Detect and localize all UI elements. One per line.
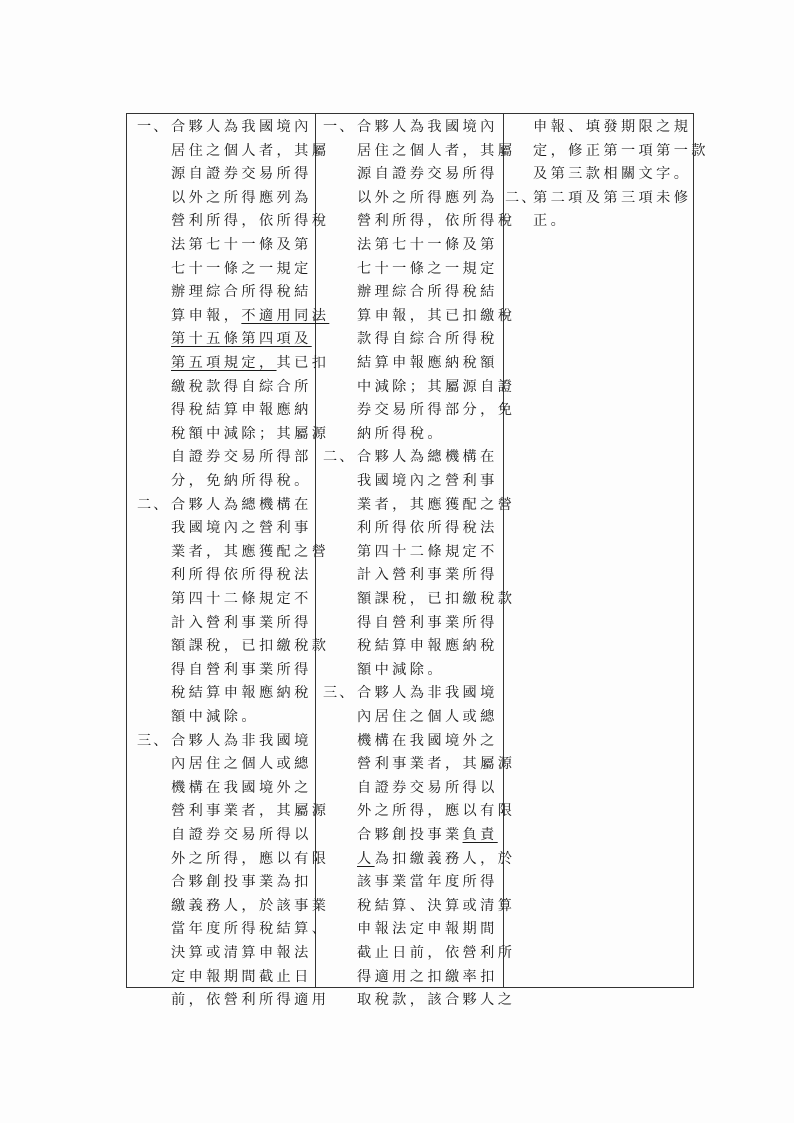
clause-number: 三、 [137,730,169,754]
text-line: 稅結算、決算或清算 [357,895,515,919]
text-segment: 七十一條之一規定 [357,261,498,277]
clause-number: 二、 [323,446,355,470]
text-line: 合夥人為非我國境 [357,682,498,706]
text-line: 稅額中減除；其屬源 [171,423,329,447]
text-line: 算申報，其已扣繳稅 [357,305,515,329]
text-line: 算申報，不適用同法 [171,305,329,329]
text-segment: 定，修正第一項第一款 [533,143,709,159]
text-segment: 額中減除。 [171,709,259,725]
text-line: 以外之所得應列為 [171,187,312,211]
text-line: 計入營利事業所得 [357,564,498,588]
text-segment: 我國境內之營利事 [357,473,498,489]
text-line: 截止日前，依營利所 [357,942,515,966]
text-segment: 源自證券交易所得 [171,166,312,182]
text-segment: 自證券交易所得以 [171,827,312,843]
text-segment: 法第七十一條及第 [357,237,498,253]
amended-underline-text: 第五項規定， [171,355,277,371]
text-segment: 為扣繳義務人，於 [375,851,516,867]
text-segment: 額課稅，已扣繳稅款 [357,591,515,607]
text-line: 利所得依所得稅法 [357,517,498,541]
text-line: 額中減除。 [357,659,445,683]
text-line: 第五項規定，其已扣 [171,352,329,376]
text-line: 申報法定申報期間 [357,918,498,942]
text-line: 利所得依所得稅法 [171,564,312,588]
explanation-column: 申報、填發期限之規定，修正第一項第一款及第三款相關文字。二、第二項及第三項未修正… [503,114,693,987]
text-line: 內居住之個人或總 [357,706,498,730]
text-line: 定申報期間截止日 [171,966,312,990]
text-segment: 算申報，其已扣繳稅 [357,308,515,324]
text-line: 繳義務人，於該事業 [171,895,329,919]
text-segment: 申報、填發期限之規 [533,119,691,135]
text-line: 自證券交易所得部 [171,446,312,470]
text-line: 額課稅，已扣繳稅款 [171,635,329,659]
text-segment: 居住之個人者，其屬 [171,143,329,159]
text-segment: 前，依營利所得適用 [171,992,329,1008]
text-segment: 機構在我國境外之 [357,733,498,749]
text-line: 以外之所得應列為 [357,187,498,211]
text-segment: 自證券交易所得部 [171,449,312,465]
text-segment: 繳稅款得自綜合所 [171,379,312,395]
text-segment: 得自營利事業所得 [171,662,312,678]
text-segment: 七十一條之一規定 [171,261,312,277]
text-line: 內居住之個人或總 [171,753,312,777]
text-line: 稅結算申報應納稅 [171,682,312,706]
text-segment: 申報法定申報期間 [357,921,498,937]
amended-underline-text: 第十五條第四項及 [171,331,312,347]
text-segment: 辦理綜合所得稅結 [357,284,498,300]
text-segment: 額中減除。 [357,662,445,678]
text-segment: 得自營利事業所得 [357,615,498,631]
clause-number: 一、 [137,116,169,140]
text-segment: 合夥人為我國境內 [357,119,498,135]
text-segment: 營利事業者，其屬源 [357,756,515,772]
text-line: 券交易所得部分，免 [357,399,515,423]
text-line: 正。 [533,210,568,234]
text-line: 營利所得，依所得稅 [171,210,329,234]
text-line: 該事業當年度所得 [357,871,498,895]
current-text-column: 一、合夥人為我國境內居住之個人者，其屬源自證券交易所得以外之所得應列為營利所得，… [315,114,503,987]
text-segment: 該事業當年度所得 [357,874,498,890]
text-line: 營利事業者，其屬源 [171,800,329,824]
text-line: 合夥人為我國境內 [357,116,498,140]
text-segment: 第二項及第三項未修 [533,190,691,206]
text-segment: 法第七十一條及第 [171,237,312,253]
text-line: 額課稅，已扣繳稅款 [357,588,515,612]
text-line: 中減除；其屬源自證 [357,376,515,400]
text-line: 分，免納所得稅。 [171,470,312,494]
text-segment: 業者，其應獲配之營 [357,497,515,513]
text-segment: 第四十二條規定不 [171,591,312,607]
text-segment: 計入營利事業所得 [171,615,312,631]
text-line: 業者，其應獲配之營 [357,494,515,518]
text-line: 人為扣繳義務人，於 [357,848,515,872]
text-line: 計入營利事業所得 [171,612,312,636]
text-line: 稅結算申報應納稅 [357,635,498,659]
text-segment: 繳義務人，於該事業 [171,898,329,914]
text-line: 法第七十一條及第 [171,234,312,258]
text-segment: 稅結算申報應納稅 [171,685,312,701]
text-line: 納所得稅。 [357,423,445,447]
text-line: 營利事業者，其屬源 [357,753,515,777]
text-line: 第二項及第三項未修 [533,187,691,211]
text-segment: 取稅款，該合夥人之 [357,992,515,1008]
text-segment: 計入營利事業所得 [357,567,498,583]
text-line: 得自營利事業所得 [171,659,312,683]
text-segment: 外之所得，應以有限 [171,851,329,867]
text-segment: 當年度所得稅結算、 [171,921,329,937]
text-segment: 稅結算申報應納稅 [357,638,498,654]
text-segment: 以外之所得應列為 [171,190,312,206]
text-segment: 辦理綜合所得稅結 [171,284,312,300]
text-line: 居住之個人者，其屬 [357,140,515,164]
text-line: 額中減除。 [171,706,259,730]
text-line: 七十一條之一規定 [357,258,498,282]
text-segment: 納所得稅。 [357,426,445,442]
comparison-table: 一、合夥人為我國境內居住之個人者，其屬源自證券交易所得以外之所得應列為營利所得，… [126,113,694,988]
text-segment: 機構在我國境外之 [171,780,312,796]
text-line: 當年度所得稅結算、 [171,918,329,942]
text-segment: 營利所得，依所得稅 [171,213,329,229]
text-line: 得適用之扣繳率扣 [357,966,498,990]
text-segment: 合夥創投事業 [357,827,463,843]
text-line: 自證券交易所得以 [171,824,312,848]
text-segment: 稅額中減除；其屬源 [171,426,329,442]
text-line: 及第三款相關文字。 [533,163,691,187]
text-line: 辦理綜合所得稅結 [357,281,498,305]
text-segment: 截止日前，依營利所 [357,945,515,961]
text-line: 外之所得，應以有限 [171,848,329,872]
text-line: 申報、填發期限之規 [533,116,691,140]
clause-number: 二、 [137,494,169,518]
text-segment: 自證券交易所得以 [357,780,498,796]
text-segment: 算申報， [171,308,241,324]
text-line: 第十五條第四項及 [171,328,312,352]
text-segment: 業者，其應獲配之營 [171,544,329,560]
text-segment: 結算申報應納稅額 [357,355,498,371]
text-line: 外之所得，應以有限 [357,800,515,824]
text-segment: 得稅結算申報應納 [171,402,312,418]
text-line: 合夥人為總機構在 [171,494,312,518]
text-line: 源自證券交易所得 [171,163,312,187]
text-segment: 我國境內之營利事 [171,520,312,536]
text-segment: 利所得依所得稅法 [171,567,312,583]
text-line: 合夥創投事業為扣 [171,871,312,895]
text-line: 前，依營利所得適用 [171,989,329,1013]
text-line: 機構在我國境外之 [171,777,312,801]
text-line: 居住之個人者，其屬 [171,140,329,164]
amended-underline-text: 人 [357,851,375,867]
text-line: 第四十二條規定不 [357,541,498,565]
text-segment: 第四十二條規定不 [357,544,498,560]
text-line: 合夥人為非我國境 [171,730,312,754]
text-segment: 合夥人為總機構在 [171,497,312,513]
text-segment: 定申報期間截止日 [171,969,312,985]
text-segment: 決算或清算申報法 [171,945,312,961]
text-segment: 合夥人為我國境內 [171,119,312,135]
text-segment: 以外之所得應列為 [357,190,498,206]
text-segment: 利所得依所得稅法 [357,520,498,536]
text-segment: 額課稅，已扣繳稅款 [171,638,329,654]
text-line: 款得自綜合所得稅 [357,328,498,352]
text-line: 繳稅款得自綜合所 [171,376,312,400]
text-line: 得稅結算申報應納 [171,399,312,423]
text-line: 合夥人為總機構在 [357,446,498,470]
text-segment: 內居住之個人或總 [357,709,498,725]
text-segment: 營利事業者，其屬源 [171,803,329,819]
document-page: 一、合夥人為我國境內居住之個人者，其屬源自證券交易所得以外之所得應列為營利所得，… [0,0,794,1123]
text-line: 合夥人為我國境內 [171,116,312,140]
text-segment: 合夥創投事業為扣 [171,874,312,890]
text-line: 業者，其應獲配之營 [171,541,329,565]
text-line: 辦理綜合所得稅結 [171,281,312,305]
text-segment: 居住之個人者，其屬 [357,143,515,159]
text-line: 七十一條之一規定 [171,258,312,282]
text-segment: 分，免納所得稅。 [171,473,312,489]
amended-underline-text: 負責 [463,827,498,843]
clause-number: 三、 [323,682,355,706]
text-segment: 及第三款相關文字。 [533,166,691,182]
text-segment: 券交易所得部分，免 [357,402,515,418]
text-line: 機構在我國境外之 [357,730,498,754]
text-segment: 款得自綜合所得稅 [357,331,498,347]
text-line: 取稅款，該合夥人之 [357,989,515,1013]
text-line: 源自證券交易所得 [357,163,498,187]
text-line: 決算或清算申報法 [171,942,312,966]
text-line: 結算申報應納稅額 [357,352,498,376]
text-line: 第四十二條規定不 [171,588,312,612]
text-segment: 合夥人為非我國境 [171,733,312,749]
amended-text-column: 一、合夥人為我國境內居住之個人者，其屬源自證券交易所得以外之所得應列為營利所得，… [127,114,315,987]
text-line: 我國境內之營利事 [171,517,312,541]
text-segment: 外之所得，應以有限 [357,803,515,819]
text-line: 我國境內之營利事 [357,470,498,494]
text-line: 自證券交易所得以 [357,777,498,801]
text-segment: 稅結算、決算或清算 [357,898,515,914]
text-segment: 內居住之個人或總 [171,756,312,772]
text-segment: 合夥人為非我國境 [357,685,498,701]
text-segment: 正。 [533,213,568,229]
text-segment: 合夥人為總機構在 [357,449,498,465]
text-line: 得自營利事業所得 [357,612,498,636]
text-line: 營利所得，依所得稅 [357,210,515,234]
text-segment: 得適用之扣繳率扣 [357,969,498,985]
text-segment: 源自證券交易所得 [357,166,498,182]
text-line: 法第七十一條及第 [357,234,498,258]
text-segment: 中減除；其屬源自證 [357,379,515,395]
text-line: 合夥創投事業負責 [357,824,498,848]
text-segment: 營利所得，依所得稅 [357,213,515,229]
text-line: 定，修正第一項第一款 [533,140,709,164]
clause-number: 一、 [323,116,355,140]
